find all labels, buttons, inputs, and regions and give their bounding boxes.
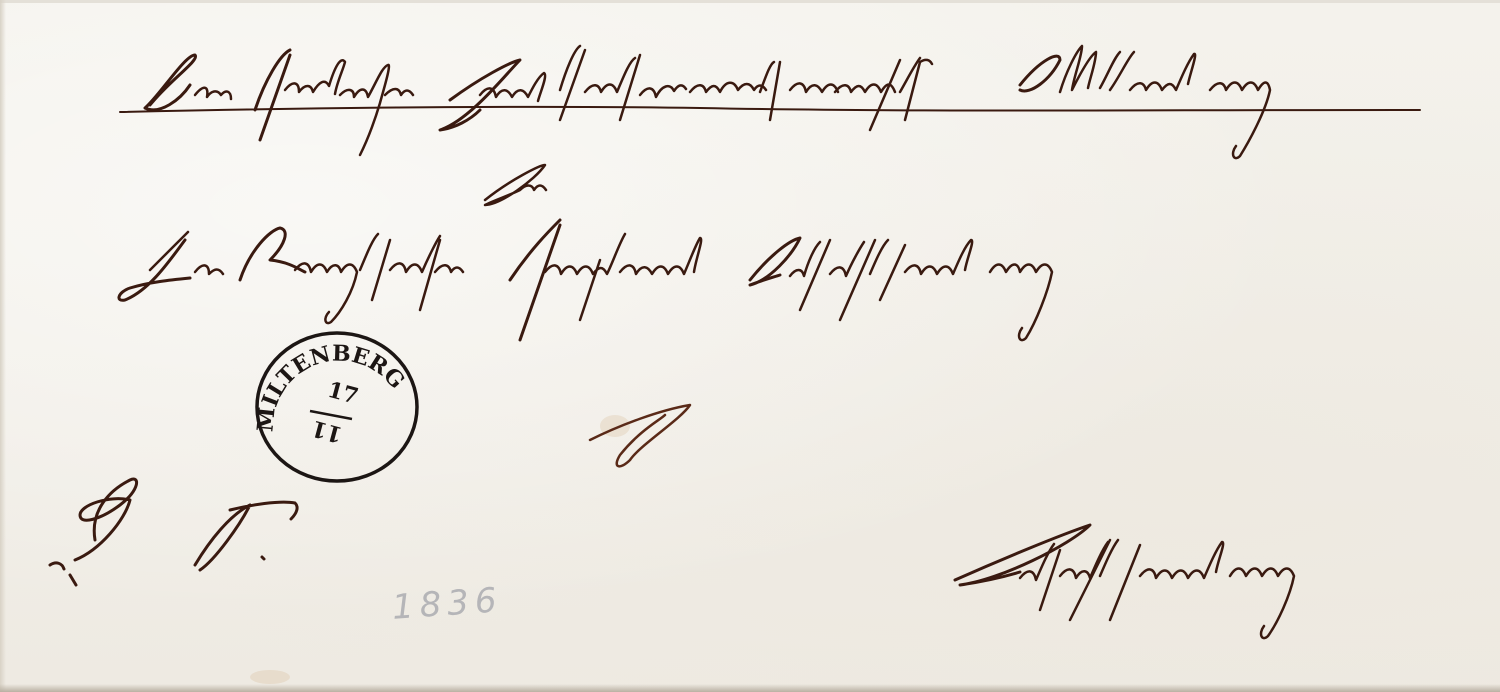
zu-script (590, 405, 690, 466)
recipient-line-script (119, 220, 1052, 340)
miltenberg-postmark: MILTENBERG 17 11 (252, 327, 422, 487)
destination-line-script (955, 525, 1294, 638)
sender-line-script (120, 46, 1420, 158)
pencil-year-note: 1836 (391, 580, 504, 628)
handwriting-layer (0, 0, 1500, 692)
postmark-month: 11 (309, 415, 345, 448)
an-script (485, 165, 546, 205)
rs-annotation-script (50, 479, 297, 585)
postmark-day: 17 (325, 377, 361, 410)
